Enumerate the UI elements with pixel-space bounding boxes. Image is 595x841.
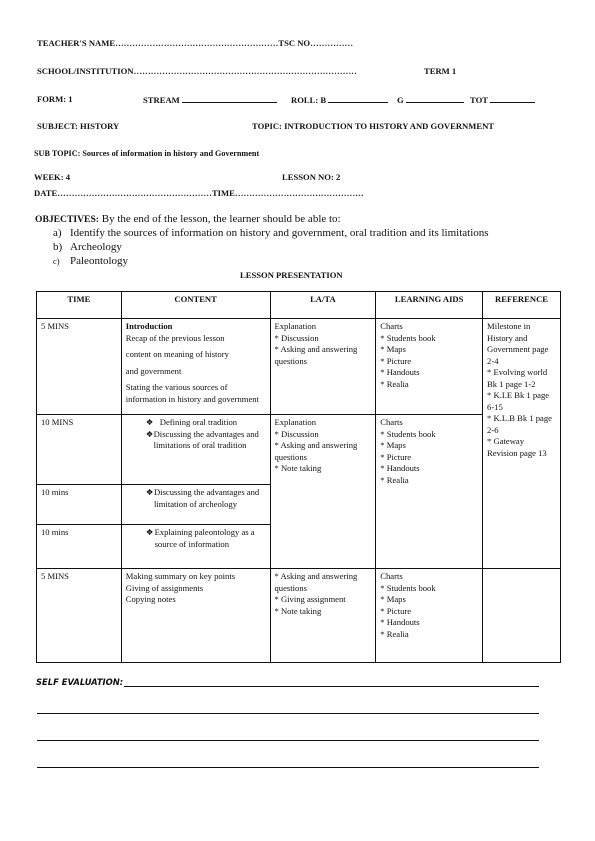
objectives-intro: OBJECTIVES: By the end of the lesson, th… [35,213,341,225]
la-ta-cell: * Asking and answering questions * Givin… [270,569,376,663]
roll-boys-blank[interactable] [328,94,388,103]
objectives-text: By the end of the lesson, the learner sh… [99,213,341,225]
tot-label: TOT [470,95,488,105]
lesson-presentation-table: TIME CONTENT LA/TA LEARNING AIDS REFEREN… [36,291,561,663]
content-bullet: ❖ Explaining paleontology as a source of… [126,527,266,550]
lesson-no-label: LESSON NO: 2 [282,172,340,182]
content-bullet: ❖Discussing the advantages and limitatio… [126,429,266,452]
column-header-learning-aids: LEARNING AIDS [376,292,483,319]
time-cell: 5 MINS [37,319,122,415]
teacher-name-dots: ………………………………………………… [115,38,278,48]
roll-label: ROLL: B [291,95,326,105]
learning-aids-cell: Charts * Students book * Maps * Picture … [376,319,483,415]
content-bullet: ❖Defining oral tradition [126,417,266,429]
diamond-bullet-icon: ❖ [146,417,160,429]
stream-blank[interactable] [182,94,277,103]
school-field[interactable]: SCHOOL/INSTITUTION…………………………………………………………… [37,66,357,76]
table-row: 10 MINS ❖Defining oral tradition ❖Discus… [37,415,561,485]
column-header-la-ta: LA/TA [270,292,376,319]
term-label: TERM 1 [424,66,456,76]
date-label: DATE [34,188,57,198]
time-label: TIME [212,188,235,198]
self-evaluation-line[interactable] [37,740,539,741]
school-dots: …………………………………………………………………… [133,66,356,76]
self-evaluation-line[interactable] [37,713,539,714]
column-header-content: CONTENT [121,292,270,319]
time-cell: 10 mins [37,485,122,525]
teacher-name-field[interactable]: TEACHER'S NAME…………………………………………………TSC NO…… [37,38,353,48]
content-cell: ❖Discussing the advantages and limitatio… [121,485,270,525]
self-evaluation-label: SELF EVALUATION: [36,677,123,687]
tsc-dots: …………… [310,38,353,48]
roll-boys-field[interactable]: ROLL: B [291,94,388,105]
diamond-bullet-icon: ❖ [146,429,154,452]
content-bullet: ❖Discussing the advantages and limitatio… [126,487,266,510]
school-label: SCHOOL/INSTITUTION [37,66,133,76]
roll-girls-blank[interactable] [406,94,464,103]
topic-label: TOPIC: INTRODUCTION TO HISTORY AND GOVER… [252,121,494,131]
roll-girls-field[interactable]: G [397,94,464,105]
learning-aids-cell: Charts * Students book * Maps * Picture … [376,415,483,569]
self-evaluation-line[interactable] [124,686,539,687]
form-label: FORM: 1 [37,94,73,104]
roll-total-field[interactable]: TOT [470,94,535,105]
date-time-field[interactable]: DATE………………………………………………TIME……………………………………… [34,188,364,198]
column-header-reference: REFERENCE [483,292,561,319]
teacher-name-label: TEACHER'S NAME [37,38,115,48]
la-ta-cell: Explanation * Discussion * Asking and an… [270,319,376,415]
objectives-label: OBJECTIVES: [35,214,99,225]
content-cell: ❖ Explaining paleontology as a source of… [121,525,270,569]
time-cell: 5 MINS [37,569,122,663]
diamond-bullet-icon: ❖ [146,487,154,510]
self-evaluation-line[interactable] [37,767,539,768]
table-row: 5 MINS Making summary on key points Givi… [37,569,561,663]
table-header-row: TIME CONTENT LA/TA LEARNING AIDS REFEREN… [37,292,561,319]
objective-item: a)Identify the sources of information on… [53,227,489,239]
content-cell: Introduction Recap of the previous lesso… [121,319,270,415]
content-cell: ❖Defining oral tradition ❖Discussing the… [121,415,270,485]
objective-item: c)Paleontology [53,255,128,267]
content-cell: Making summary on key points Giving of a… [121,569,270,663]
table-row: 5 MINS Introduction Recap of the previou… [37,319,561,415]
column-header-time: TIME [37,292,122,319]
la-ta-cell: Explanation * Discussion * Asking and an… [270,415,376,569]
objective-item: b)Archeology [53,241,122,253]
reference-cell: Milestone in History and Government page… [483,319,561,569]
time-cell: 10 mins [37,525,122,569]
stream-field[interactable]: STREAM [143,94,277,105]
tsc-label: TSC NO [278,38,310,48]
subject-label: SUBJECT: HISTORY [37,121,119,131]
week-label: WEEK: 4 [34,172,70,182]
time-cell: 10 MINS [37,415,122,485]
lesson-presentation-title: LESSON PRESENTATION [240,270,343,280]
diamond-bullet-icon: ❖ [146,527,155,550]
learning-aids-cell: Charts * Students book * Maps * Picture … [376,569,483,663]
sub-topic-label: SUB TOPIC: Sources of information in his… [34,149,259,158]
date-dots: ……………………………………………… [57,188,212,198]
time-dots: ……………………………………… [235,188,364,198]
g-label: G [397,95,404,105]
reference-cell-empty [483,569,561,663]
stream-label: STREAM [143,95,180,105]
roll-total-blank[interactable] [490,94,535,103]
